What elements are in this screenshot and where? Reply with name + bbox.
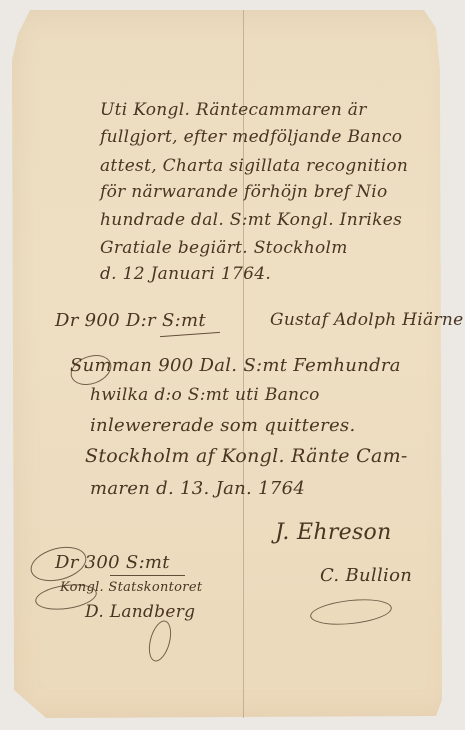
receipt-line: hwilka d:o S:mt uti Banco	[90, 385, 320, 405]
receipt-line: Stockholm af Kongl. Ränte Cam-	[85, 445, 408, 467]
body-line: Gratiale begiärt. Stockholm	[100, 238, 348, 258]
body-line: fullgjort, efter medföljande Banco	[100, 127, 402, 147]
margin-note-text: Kongl. Statskontoret	[60, 580, 202, 595]
amount-line: Dr 900 D:r S:mt	[55, 310, 206, 331]
receipt-line: inlewererade som quitteres.	[90, 415, 355, 436]
receipt-line: Summan 900 Dal. S:mt Femhundra	[70, 355, 401, 376]
signature-bullion: C. Bullion	[320, 565, 412, 586]
signature-hiarne: Gustaf Adolph Hiärne	[270, 310, 464, 330]
margin-note-name: D. Landberg	[85, 602, 195, 622]
document-scan: Uti Kongl. Räntecammaren är fullgjort, e…	[0, 0, 465, 730]
body-line: attest, Charta sigillata recognition	[100, 156, 408, 176]
body-line: Uti Kongl. Räntecammaren är	[100, 100, 367, 120]
body-line: för närwarande förhöjn bref Nio	[100, 182, 388, 202]
signature-ehreson: J. Ehreson	[275, 520, 392, 545]
margin-note-underline	[110, 575, 185, 576]
receipt-line: maren d. 13. Jan. 1764	[90, 478, 305, 499]
body-line: d. 12 Januari 1764.	[100, 264, 271, 284]
margin-note-amount: Dr 300 S:mt	[55, 552, 170, 573]
body-line: hundrade dal. S:mt Kongl. Inrikes	[100, 210, 402, 230]
